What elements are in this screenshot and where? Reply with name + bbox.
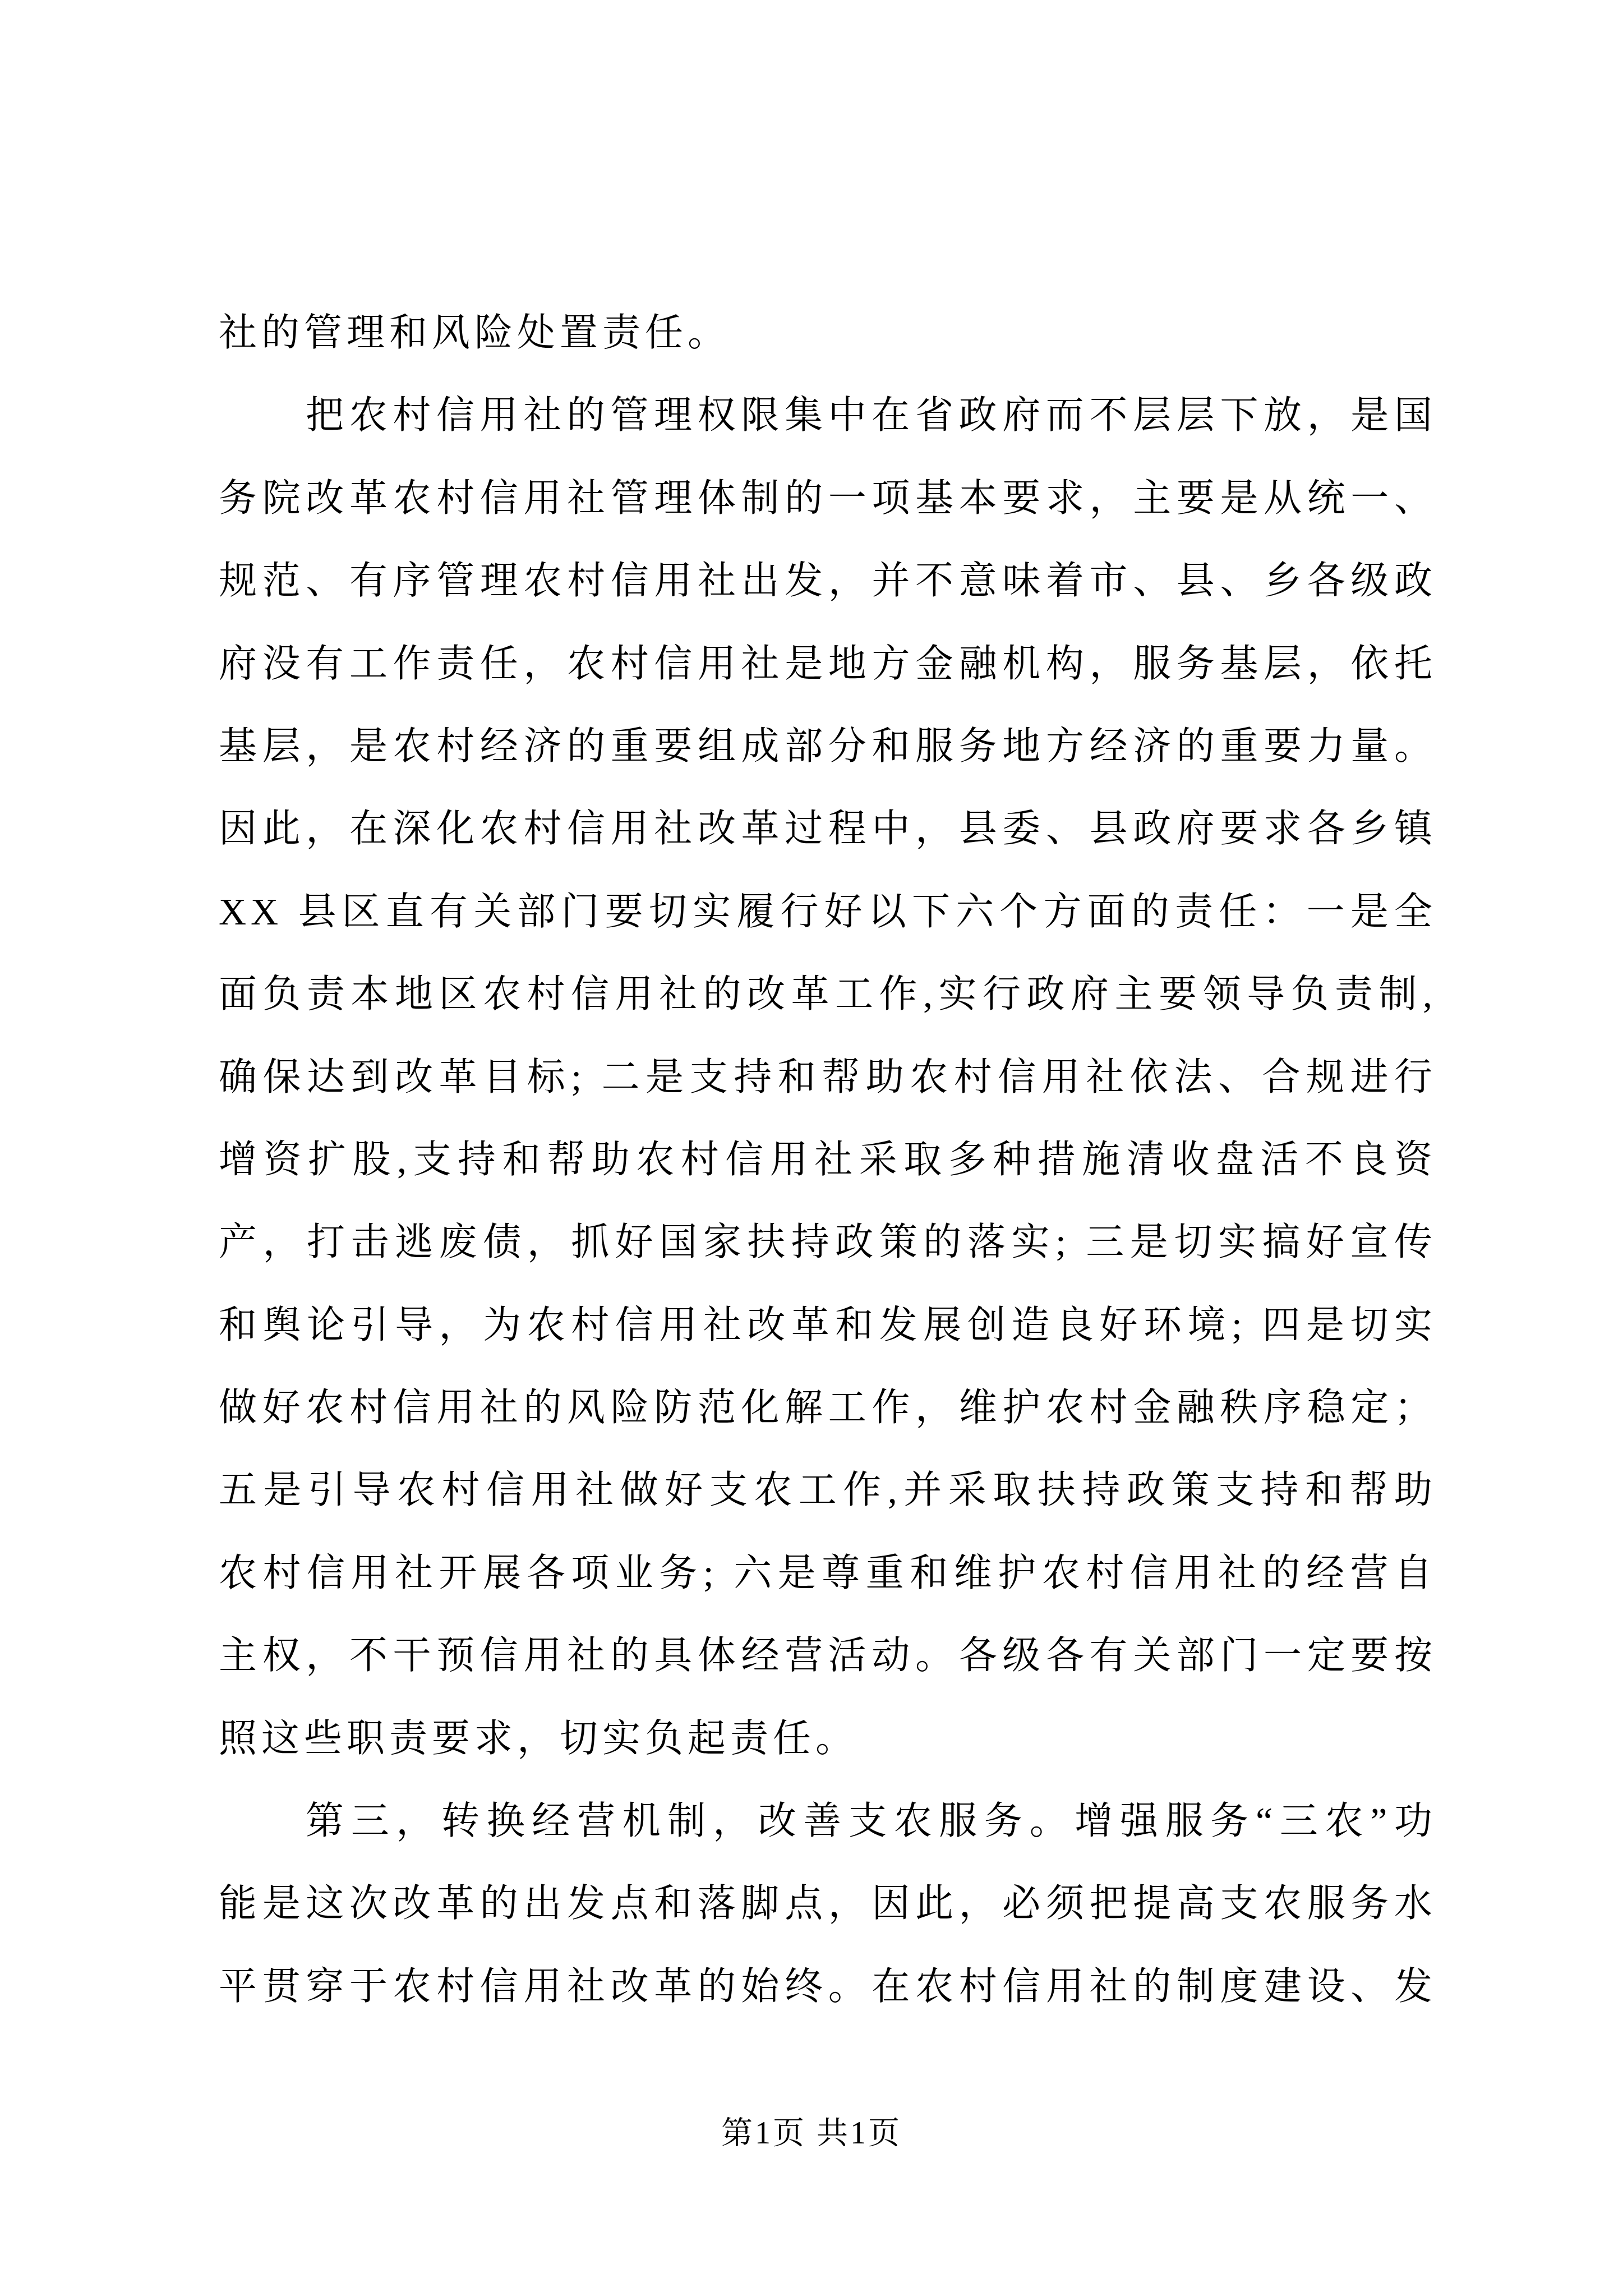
text-line: 社的管理和风险处置责任。 [219, 292, 1437, 374]
text-line: XX 县区直有关部门要切实履行好以下六个方面的责任：一是全 [219, 871, 1437, 953]
text-line: 因此，在深化农村信用社改革过程中，县委、县政府要求各乡镇 [219, 788, 1437, 870]
text-line: 府没有工作责任，农村信用社是地方金融机构，服务基层，依托 [219, 623, 1437, 705]
text-line: 把农村信用社的管理权限集中在省政府而不层层下放，是国 [219, 374, 1437, 457]
text-line: 能是这次改革的出发点和落脚点，因此，必须把提高支农服务水 [219, 1862, 1437, 1945]
text-line: 基层，是农村经济的重要组成部分和服务地方经济的重要力量。 [219, 705, 1437, 788]
text-line: 第三，转换经营机制，改善支农服务。增强服务“三农”功 [219, 1780, 1437, 1862]
text-line: 增资扩股,支持和帮助农村信用社采取多种措施清收盘活不良资 [219, 1119, 1437, 1201]
text-line: 面负责本地区农村信用社的改革工作,实行政府主要领导负责制, [219, 953, 1437, 1036]
text-line: 主权，不干预信用社的具体经营活动。各级各有关部门一定要按 [219, 1614, 1437, 1697]
text-line: 务院改革农村信用社管理体制的一项基本要求，主要是从统一、 [219, 457, 1437, 540]
text-line: 五是引导农村信用社做好支农工作,并采取扶持政策支持和帮助 [219, 1449, 1437, 1531]
text-line: 农村信用社开展各项业务; 六是尊重和维护农村信用社的经营自 [219, 1532, 1437, 1614]
text-line: 产，打击逃废债，抓好国家扶持政策的落实; 三是切实搞好宣传 [219, 1201, 1437, 1283]
text-line: 和舆论引导，为农村信用社改革和发展创造良好环境; 四是切实 [219, 1284, 1437, 1366]
text-line: 做好农村信用社的风险防范化解工作，维护农村金融秩序稳定； [219, 1366, 1437, 1449]
document-page: 社的管理和风险处置责任。把农村信用社的管理权限集中在省政府而不层层下放，是国务院… [0, 0, 1623, 2296]
page-footer: 第1页 共1页 [0, 2111, 1623, 2156]
text-line: 平贯穿于农村信用社改革的始终。在农村信用社的制度建设、发 [219, 1945, 1437, 2028]
text-line: 规范、有序管理农村信用社出发，并不意味着市、县、乡各级政 [219, 540, 1437, 622]
document-body: 社的管理和风险处置责任。把农村信用社的管理权限集中在省政府而不层层下放，是国务院… [219, 292, 1437, 2028]
text-line: 确保达到改革目标; 二是支持和帮助农村信用社依法、合规进行 [219, 1036, 1437, 1119]
text-line: 照这些职责要求，切实负起责任。 [219, 1697, 1437, 1780]
